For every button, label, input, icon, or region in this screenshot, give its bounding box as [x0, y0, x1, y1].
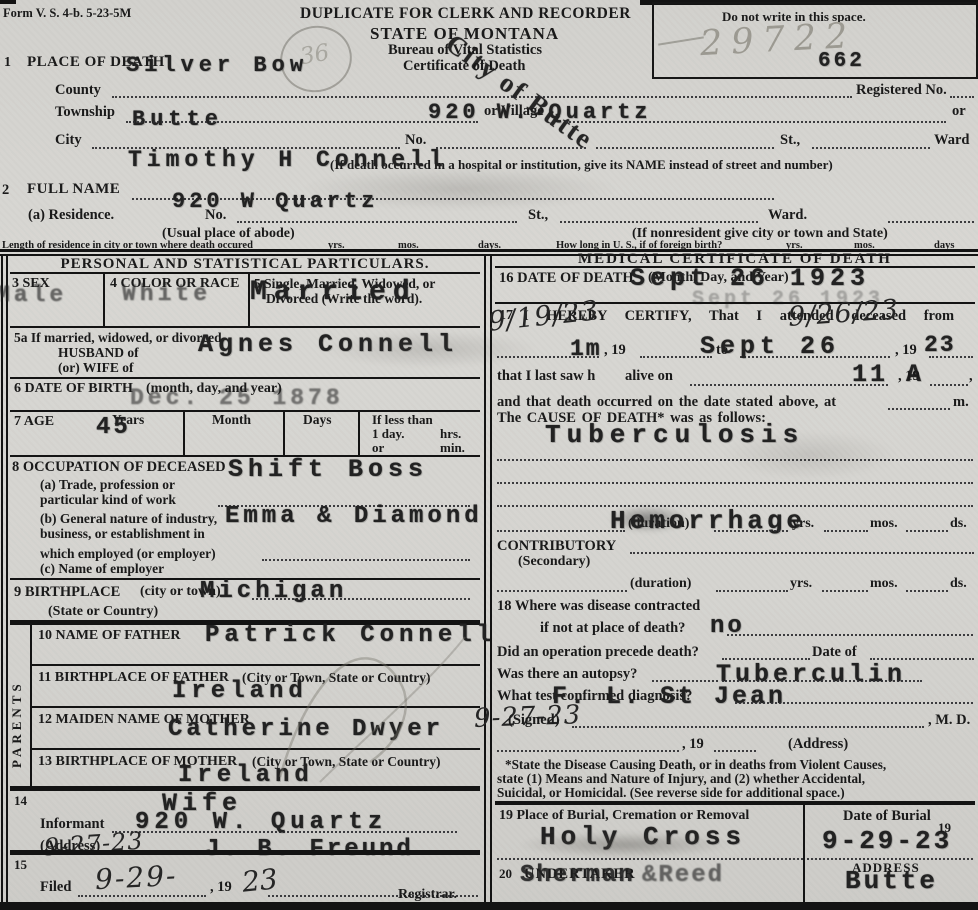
duration1-line-4 [906, 530, 948, 532]
township-line [126, 121, 478, 123]
scan-edge-corner [0, 0, 16, 4]
city-no-line [436, 147, 586, 149]
township-label: Township [55, 104, 115, 121]
father-rule [30, 664, 480, 666]
left-border-inner [6, 256, 8, 903]
undertaker-value: &Reed [642, 862, 724, 889]
duplicate-title: DUPLICATE FOR CLERK AND RECORDER [300, 5, 631, 23]
left-border-outer [1, 256, 3, 903]
burial-date-label: Date of Burial [843, 808, 931, 825]
md-label: , M. D. [928, 712, 970, 729]
age-less-min: min. [440, 440, 465, 456]
duration1-line-3 [824, 530, 868, 532]
duration2-line-1 [497, 590, 627, 592]
residence-no-label: No. [205, 207, 226, 224]
ink-smudge [608, 505, 688, 533]
filed-date-handwritten: 9-29- [94, 859, 178, 896]
test-value: F. L. St Jean [552, 682, 786, 711]
undertaker-value-overlap: Sherman [520, 862, 635, 889]
county-label: County [55, 82, 101, 99]
personal-section-title: PERSONAL AND STATISTICAL PARTICULARS. [10, 256, 480, 273]
from-value: 1m [570, 336, 602, 362]
filed-label: Filed [40, 879, 71, 896]
dob-label: 6 DATE OF BIRTH [14, 381, 133, 397]
address-19-label: , 19 [682, 736, 704, 753]
bleed-smudge-1 [300, 168, 620, 210]
parents-label: PARENTS [9, 648, 25, 768]
occupation-label: 8 OCCUPATION OF DECEASED [12, 459, 226, 476]
occupation-value: Shift Boss [228, 455, 428, 484]
spouse-row-rule [10, 377, 480, 379]
township-or-word: or [952, 103, 966, 120]
duration2-line-4 [906, 590, 948, 592]
contributory-line [630, 552, 974, 554]
signed-label: (Signed) [508, 712, 560, 729]
last-saw-label-2: alive on [625, 368, 673, 385]
from-19-label: , 19 [604, 342, 626, 359]
occupation-b-value: Emma & Diamond [225, 503, 483, 530]
age-month-label: Month [212, 412, 251, 428]
father-bp-value: Ireland [172, 678, 308, 705]
informant-address-value: 920 W. Quartz [135, 809, 387, 836]
last-saw-comma: , [969, 368, 973, 385]
age-divider-2 [283, 410, 285, 455]
mother-bp-value: Ireland [178, 762, 314, 789]
burial-smudge [518, 832, 733, 858]
mother-value: Catherine Dwyer [168, 716, 444, 743]
occupation-a1: (a) Trade, profession or [40, 477, 175, 493]
city-mid-line [596, 147, 774, 149]
attended-to-handwritten: 9/26/23 [787, 294, 900, 333]
duration2-label: (duration) [630, 576, 691, 592]
address-line-2 [714, 750, 756, 752]
age-divider-3 [358, 410, 360, 455]
duration1-line-1 [497, 530, 625, 532]
marital-value: Married [250, 277, 417, 308]
burial-19-label: 19 [938, 820, 951, 836]
residence-label: (a) Residence. [28, 207, 114, 224]
occupation-b3: which employed (or employer) [40, 546, 216, 562]
duration2-line-2 [716, 590, 788, 592]
death-certificate-document: Form V. S. 4-b. 5-23-5M DUPLICATE FOR CL… [0, 0, 978, 910]
undertaker-address-value: Butte [845, 866, 938, 896]
duration2-ds: ds. [950, 576, 967, 592]
occupation-c: (c) Name of employer [40, 561, 164, 577]
village-line [566, 121, 946, 123]
occupation-b1: (b) General nature of industry, [40, 511, 217, 527]
filed-19-label: , 19 [210, 879, 232, 896]
city-label: City [55, 132, 82, 149]
form-number: Form V. S. 4-b. 5-23-5M [3, 6, 131, 21]
parents-bottom-rule [10, 786, 480, 791]
residence-ward-line [888, 221, 974, 223]
cause-line-2 [497, 482, 973, 484]
bleed-smudge-2 [320, 330, 540, 368]
bleed-smudge-3 [720, 430, 900, 480]
age-value: 45 [96, 414, 131, 441]
spouse-label-2: HUSBAND of [58, 345, 139, 361]
death-occurred-line [888, 408, 950, 410]
full-name-label: FULL NAME [27, 181, 120, 198]
burial-top-rule [495, 801, 975, 805]
birthplace-label: 9 BIRTHPLACE [14, 584, 120, 601]
dod-label: 16 DATE OF DEATH [499, 270, 634, 287]
contributory-label: CONTRIBUTORY [497, 538, 616, 555]
residence-st-label: St., [528, 207, 548, 224]
race-value: White [122, 281, 211, 307]
registrar-label: Registrar. [398, 887, 457, 903]
county-value: Silver Bow [126, 53, 308, 78]
occupation-a2: particular kind of work [40, 492, 176, 508]
m-label: m. [953, 394, 969, 411]
sex-value: Male [0, 282, 67, 308]
scan-edge-bottom [0, 902, 978, 910]
filed-year-handwritten: 23 [240, 862, 279, 899]
informant-date-handwritten: 9-27-23 [43, 827, 144, 862]
city-st-label: St., [780, 132, 800, 149]
last-saw-19-label: , 19 [898, 368, 920, 385]
informant-number: 14 [14, 793, 27, 809]
q18-label: 18 Where was disease contracted [497, 598, 700, 615]
test-line [735, 702, 973, 704]
footnote-line-3: Suicidal, or Homicidal. (See reverse sid… [497, 785, 845, 801]
autopsy-label: Was there an autopsy? [497, 666, 637, 683]
to-year-value: 23 [924, 332, 956, 358]
birthplace-value: Michigan [200, 578, 347, 605]
secondary-label: (Secondary) [518, 554, 590, 570]
burial-divider [803, 805, 805, 903]
city-st-line [812, 147, 930, 149]
date-of-label: Date of [812, 644, 857, 661]
place-section-number: 1 [4, 55, 11, 71]
spouse-label-1: 5a If married, widowed, or divorced [14, 330, 222, 346]
address-line-1 [497, 750, 679, 752]
father-value: Patrick Connell [205, 622, 496, 649]
name-section-number: 2 [2, 182, 9, 199]
birthplace-note-2: (State or Country) [48, 604, 158, 620]
residence-ward-label: Ward. [768, 207, 807, 224]
mother-rule [30, 748, 480, 750]
address-paren-label: (Address) [788, 736, 848, 753]
signed-line [572, 726, 924, 728]
duration1-line-2 [714, 530, 788, 532]
to-value: Sept 26 [700, 332, 840, 361]
operation-label: Did an operation precede death? [497, 644, 699, 661]
age-divider-1 [183, 410, 185, 455]
residence-no-line [237, 221, 517, 223]
sex-row-rule [10, 326, 480, 328]
city-ward-label: Ward [934, 132, 969, 149]
registered-no-line [950, 96, 974, 98]
last-saw-label-1: that I last saw h [497, 368, 595, 385]
county-line [112, 96, 852, 98]
to-19-label: , 19 [895, 342, 917, 359]
death-occurred-label: and that death occurred on the date stat… [497, 394, 836, 411]
age-days-label: Days [303, 412, 332, 428]
father-bp-rule [30, 706, 480, 708]
last-saw-line-2 [930, 384, 968, 386]
duration2-mos: mos. [870, 576, 898, 592]
burial-row-line-left [497, 858, 803, 860]
sex-cell-divider-1 [103, 274, 105, 326]
age-less-or: or [372, 440, 384, 456]
filed-number: 15 [14, 857, 27, 873]
township-value: Butte [132, 107, 223, 132]
burial-date-value: 9-29-23 [822, 826, 952, 856]
age-label: 7 AGE [14, 414, 54, 430]
duration2-line-3 [822, 590, 868, 592]
father-label: 10 NAME OF FATHER [38, 628, 180, 644]
registered-number-value: 662 [818, 50, 865, 73]
dob-value: Dec. 25 1878 [130, 385, 344, 411]
informant-bottom-rule [10, 850, 480, 855]
personal-title-rule [10, 272, 480, 274]
duration1-ds: ds. [950, 516, 967, 532]
spouse-label-3: (or) WIFE of [58, 360, 134, 376]
duration1-yrs: yrs. [792, 516, 814, 532]
residence-st-line [560, 221, 758, 223]
q18-line [727, 634, 973, 636]
occupation-b-line [262, 559, 470, 561]
q18b-label: if not at place of death? [540, 620, 685, 637]
duration1-mos: mos. [870, 516, 898, 532]
duration2-yrs: yrs. [790, 576, 812, 592]
occupation-b2: business, or establishment in [40, 526, 205, 542]
undertaker-number: 20 [499, 866, 512, 882]
to-line-2 [929, 356, 973, 358]
registered-no-label: Registered No. [856, 82, 947, 99]
